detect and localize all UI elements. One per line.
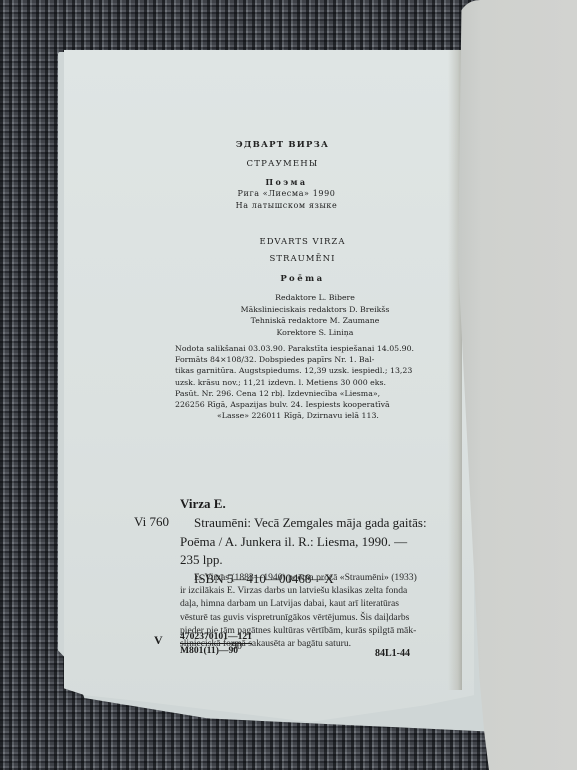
fraction-suffix: 90 bbox=[232, 641, 242, 652]
latvian-title: STRAUMĒNI bbox=[14, 254, 577, 264]
v-mark: V bbox=[154, 633, 163, 648]
imprint-line: 226256 Rīgā, Aspazijas bulv. 24. Iespies… bbox=[175, 399, 457, 410]
annotation-line: E. Virzas (1883—1940) poēma prozā «Strau… bbox=[180, 571, 452, 584]
russian-title: СТРАУМЕНЫ bbox=[0, 159, 571, 169]
catalog-title-line: Poēma / A. Junkera il. R.: Liesma, 1990.… bbox=[180, 533, 452, 552]
catalog-author-heading: Virza E. bbox=[180, 496, 226, 512]
russian-author: ЭДВАРТ ВИРЗА bbox=[0, 140, 571, 150]
credits-list: Redaktore L. Bibere Mākslinieciskais red… bbox=[215, 292, 415, 338]
russian-publisher-line: Рига «Лиесма» 1990 bbox=[0, 189, 575, 198]
annotation-line: vēsturē tas guvis vispretrunīgākos vērtē… bbox=[180, 611, 452, 624]
printing-details: Nodota salikšanai 03.03.90. Parakstīta i… bbox=[175, 343, 457, 421]
imprint-line: Pasūt. Nr. 296. Cena 12 rbļ. Izdevniecīb… bbox=[175, 388, 457, 399]
credit-technical-editor: Tehniskā redaktore M. Zaumane bbox=[215, 315, 415, 327]
annotation-line: daļa, himna darbam un Latvijas dabai, ka… bbox=[180, 597, 452, 610]
catalog-title-line: Straumēni: Vecā Zemgales māja gada gaitā… bbox=[180, 514, 452, 533]
catalog-title-line: 235 lpp. bbox=[180, 551, 452, 570]
credit-art-editor: Mākslinieciskais redaktors D. Breikšs bbox=[215, 304, 415, 316]
latvian-author: EDVARTS VIRZA bbox=[14, 237, 577, 247]
imprint-line: «Lasse» 226011 Rīgā, Dzirnavu ielā 113. bbox=[175, 410, 457, 421]
bbk-code: 84L1-44 bbox=[375, 648, 410, 659]
imprint-line: Nodota salikšanai 03.03.90. Parakstīta i… bbox=[175, 343, 457, 354]
russian-genre: Поэма bbox=[0, 177, 575, 187]
annotation-line: ir izcilākais E. Virzas darbs un latvieš… bbox=[180, 584, 452, 597]
credit-editor: Redaktore L. Bibere bbox=[215, 292, 415, 304]
credit-proofreader: Korektore S. Liniņa bbox=[215, 327, 415, 339]
imprint-line: uzsk. krāsu nov.; 11,21 izdevn. l. Metie… bbox=[175, 377, 457, 388]
imprint-line: Formāts 84×108/32. Dobspiedes papīrs Nr.… bbox=[175, 354, 457, 365]
classification-code: Vi 760 bbox=[134, 514, 169, 530]
latvian-genre: Poēma bbox=[14, 274, 577, 284]
imprint-line: tikas garnitūra. Augstspiedums. 12,39 uz… bbox=[175, 365, 457, 376]
russian-language-note: На латышском языке bbox=[0, 201, 575, 210]
